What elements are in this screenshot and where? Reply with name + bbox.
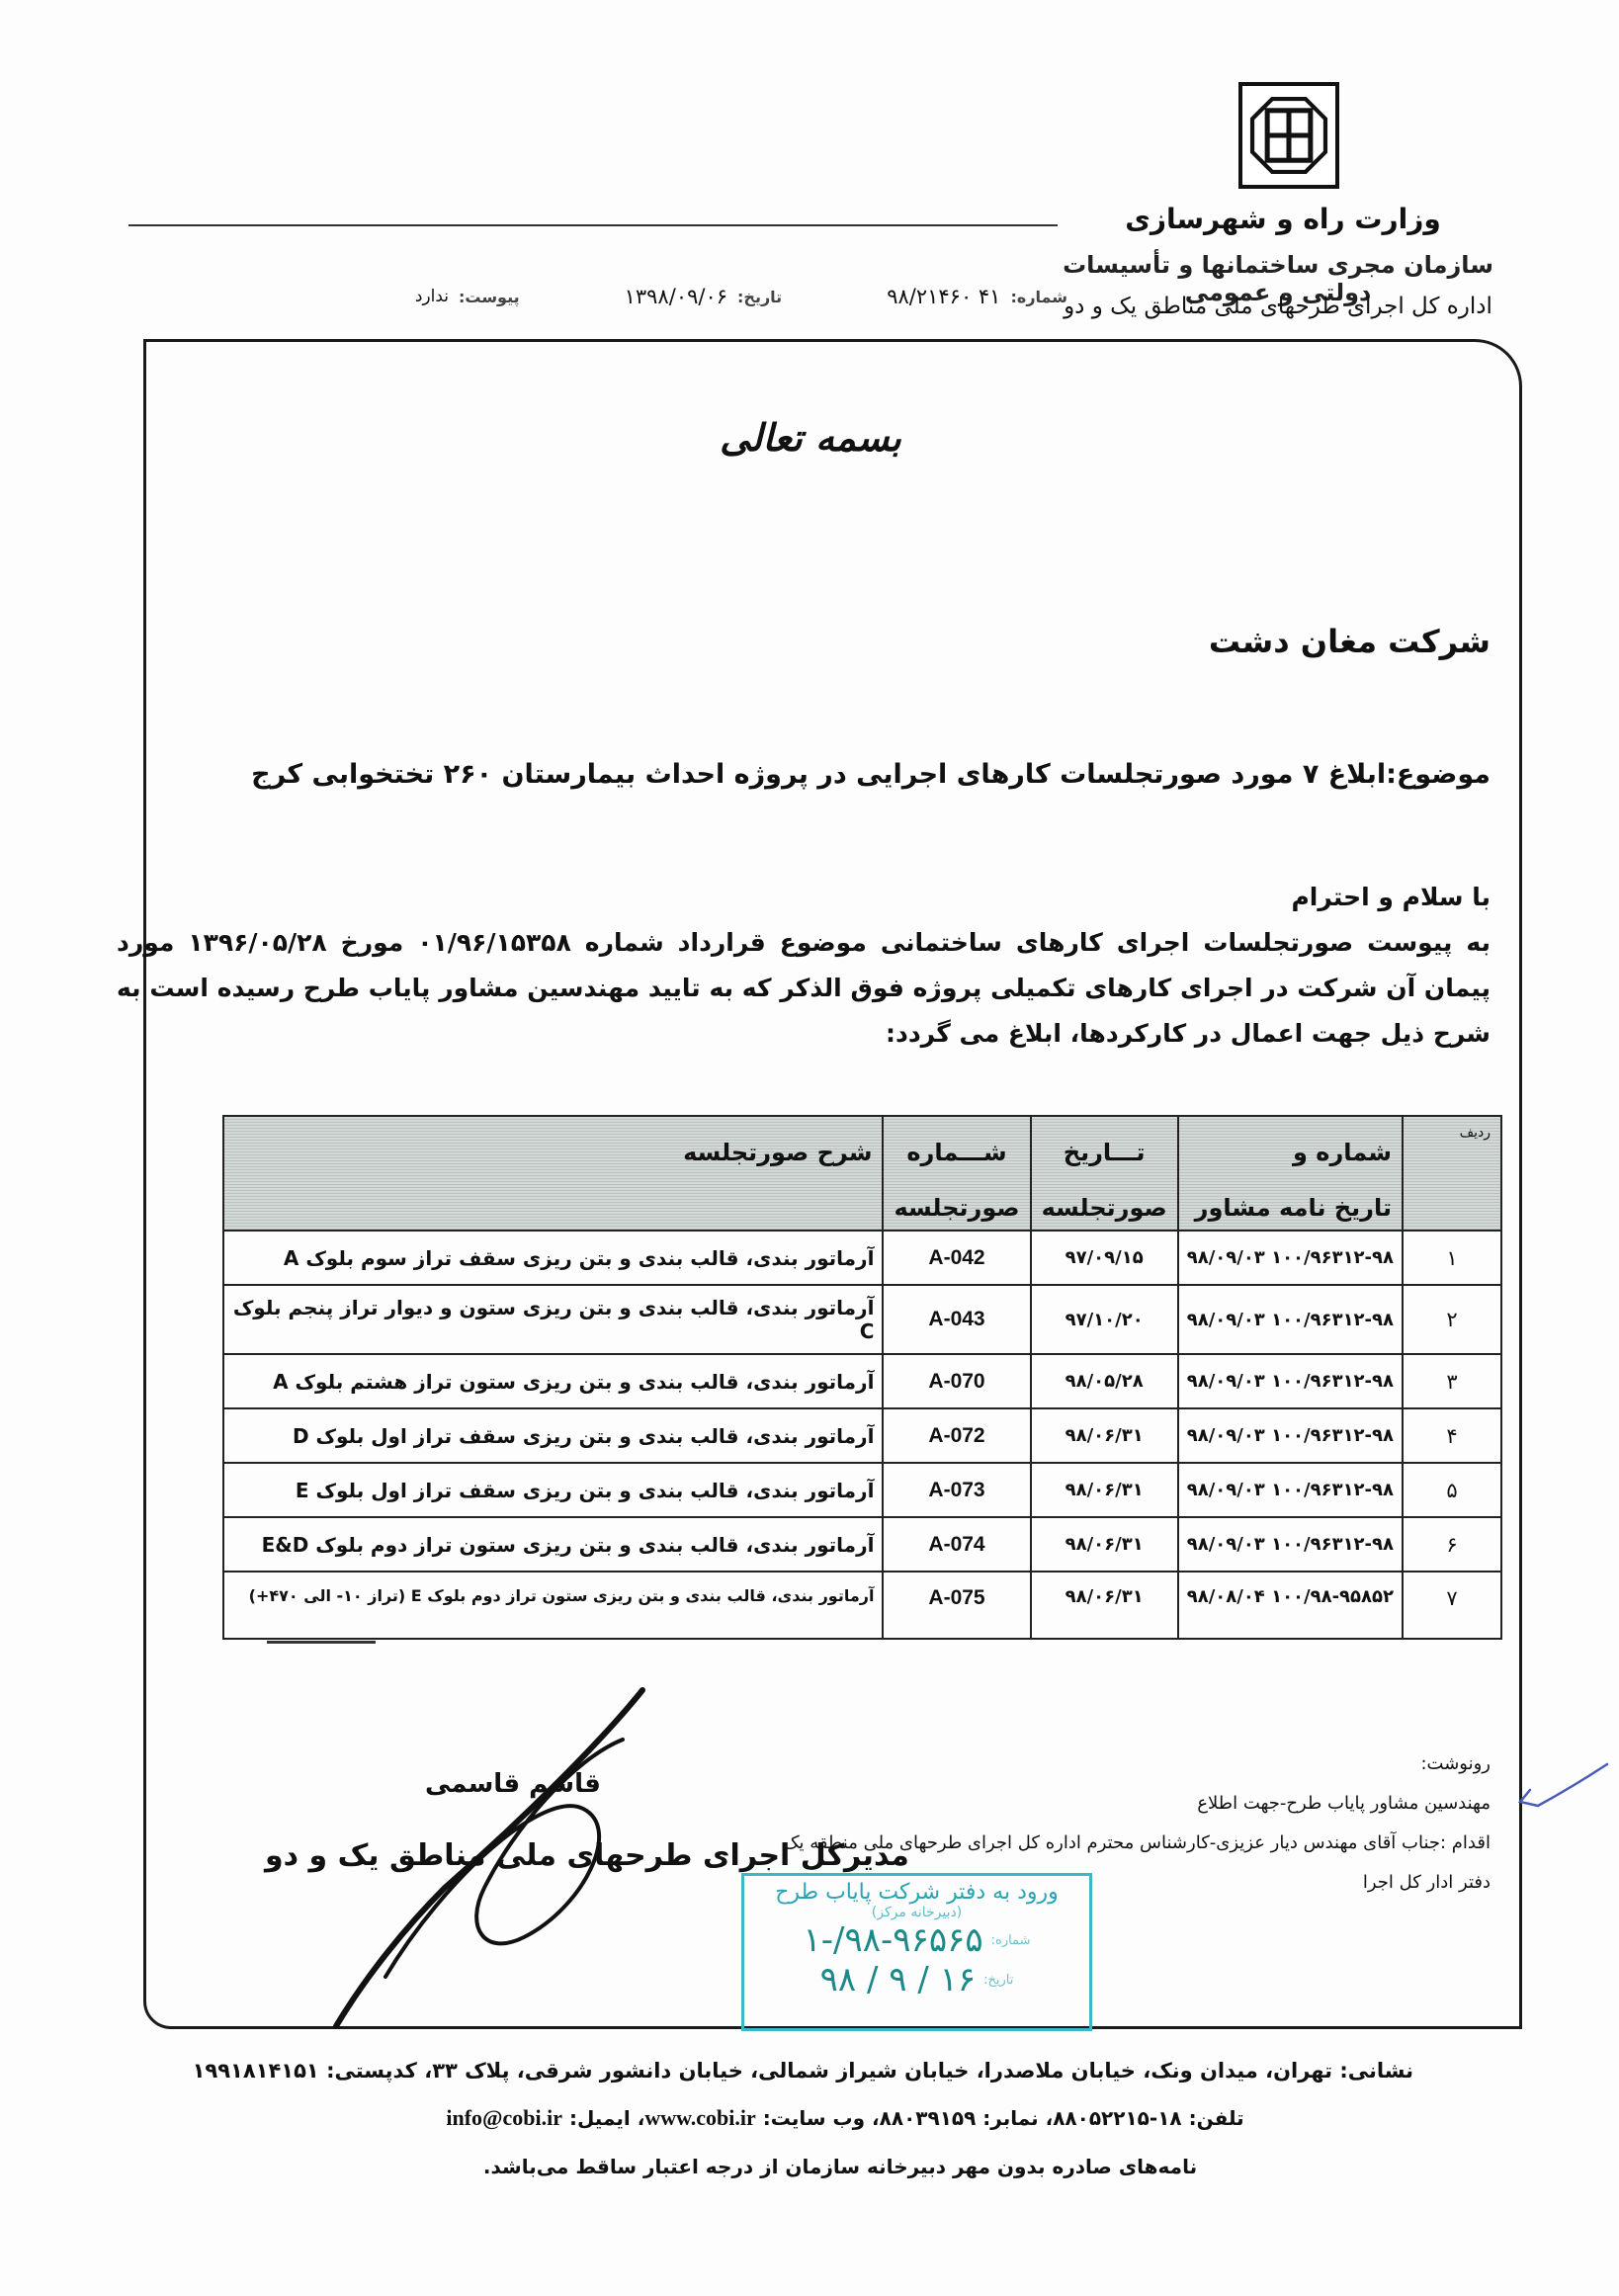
- decorative-rule: [267, 1641, 376, 1644]
- stamp-date-label: تاریخ:: [983, 1973, 1013, 1988]
- letter-number: شماره: ۴۱ ۹۸/۲۱۴۶۰: [887, 285, 1067, 308]
- cell-date: ۹۸/۰۶/۳۱: [1031, 1572, 1178, 1639]
- cell-letter: ۱۰۰/۹۶۳۱۲-۹۸ ۹۸/۰۹/۰۳: [1178, 1408, 1403, 1463]
- header-minutes-description: شرح صورتجلسه: [223, 1116, 883, 1231]
- footer-address: نشانی: تهران، میدان ونک، خیابان ملاصدرا،…: [316, 2059, 1413, 2083]
- ministry-name: وزارت راه و شهرسازی: [1046, 203, 1520, 235]
- cell-description: آرماتور بندی، قالب بندی و بتن ریزی سقف ت…: [223, 1463, 883, 1517]
- cell-row: ۱: [1403, 1231, 1501, 1285]
- header-minutes-number: شـــماره صورتجلسه: [883, 1116, 1030, 1231]
- cell-date: ۹۸/۰۶/۳۱: [1031, 1463, 1178, 1517]
- window-emblem-icon: [1247, 91, 1330, 180]
- table-row: ۱ ۱۰۰/۹۶۳۱۲-۹۸ ۹۸/۰۹/۰۳ ۹۷/۰۹/۱۵ A-042 آ…: [223, 1231, 1501, 1285]
- cell-description: آرماتور بندی، قالب بندی و بتن ریزی سقف ت…: [223, 1408, 883, 1463]
- header-minutes-date: تـــاریخ صورتجلسه: [1031, 1116, 1178, 1231]
- stamp-number-value: ۱-/۹۸-۹۶۵۶۵: [804, 1920, 983, 1960]
- cell-letter: ۱۰۰/۹۶۳۱۲-۹۸ ۹۸/۰۹/۰۳: [1178, 1231, 1403, 1285]
- cell-row: ۴: [1403, 1408, 1501, 1463]
- stamp-date-row: تاریخ: ۹۸ / ۹ / ۱۶: [744, 1960, 1089, 1999]
- cell-row: ۶: [1403, 1517, 1501, 1572]
- footer-validity-note: نامه‌های صادره بدون مهر دبیرخانه سازمان …: [445, 2155, 1236, 2178]
- footer-email-link[interactable]: info@cobi.ir: [446, 2105, 562, 2130]
- cell-date: ۹۸/۰۶/۳۱: [1031, 1408, 1178, 1463]
- header-consultant-letter: شماره و تاریخ نامه مشاور: [1178, 1116, 1403, 1231]
- cell-number: A-075: [883, 1572, 1030, 1639]
- bismillah-heading: بسمه تعالی: [692, 415, 929, 460]
- cell-row: ۵: [1403, 1463, 1501, 1517]
- stamp-title: ورود به دفتر شرکت پایاب طرح: [744, 1880, 1089, 1905]
- minutes-table: ردیف شماره و تاریخ نامه مشاور تـــاریخ ص…: [222, 1115, 1502, 1640]
- cc-line-action: اقدام :جناب آقای مهندس دیار عزیزی-کارشنا…: [799, 1824, 1491, 1863]
- letter-page: وزارت راه و شهرسازی سازمان مجری ساختمانه…: [0, 0, 1619, 2296]
- cc-line-consultant: مهندسین مشاور پایاب طرح-جهت اطلاع: [799, 1784, 1491, 1824]
- cell-number: A-073: [883, 1463, 1030, 1517]
- table-row: ۳ ۱۰۰/۹۶۳۱۲-۹۸ ۹۸/۰۹/۰۳ ۹۸/۰۵/۲۸ A-070 آ…: [223, 1354, 1501, 1408]
- letter-subject: موضوع:ابلاغ ۷ مورد صورتجلسات کارهای اجرا…: [251, 759, 1491, 790]
- date-label: تاریخ:: [737, 288, 782, 306]
- cell-number: A-072: [883, 1408, 1030, 1463]
- letter-attachment: پیوست: ندارد: [415, 287, 520, 306]
- cc-label: رونوشت:: [799, 1744, 1491, 1784]
- cell-description: آرماتور بندی، قالب بندی و بتن ریزی ستون …: [223, 1572, 883, 1639]
- greeting: با سلام و احترام: [117, 875, 1491, 920]
- number-value: ۴۱ ۹۸/۲۱۴۶۰: [887, 285, 1000, 308]
- cell-number: A-043: [883, 1285, 1030, 1354]
- attachment-value: ندارد: [415, 287, 449, 306]
- stamp-number-label: شماره:: [991, 1933, 1031, 1948]
- table-body: ۱ ۱۰۰/۹۶۳۱۲-۹۸ ۹۸/۰۹/۰۳ ۹۷/۰۹/۱۵ A-042 آ…: [223, 1231, 1501, 1639]
- receipt-stamp: ورود به دفتر شرکت پایاب طرح (دبیرخانه مر…: [741, 1873, 1092, 2031]
- cell-row: ۲: [1403, 1285, 1501, 1354]
- table-row: ۷ ۱۰۰/۹۸-۹۵۸۵۲ ۹۸/۰۸/۰۴ ۹۸/۰۶/۳۱ A-075 آ…: [223, 1572, 1501, 1639]
- letter-meta: شماره: ۴۱ ۹۸/۲۱۴۶۰ تاریخ: ۱۳۹۸/۰۹/۰۶ پیو…: [198, 280, 1067, 313]
- table-row: ۶ ۱۰۰/۹۶۳۱۲-۹۸ ۹۸/۰۹/۰۳ ۹۸/۰۶/۳۱ A-074 آ…: [223, 1517, 1501, 1572]
- signatory-name: قاسم قاسمی: [425, 1769, 601, 1799]
- cell-row: ۳: [1403, 1354, 1501, 1408]
- body-paragraph: به پیوست صورتجلسات اجرای کارهای ساختمانی…: [117, 928, 1491, 1048]
- cell-description: آرماتور بندی، قالب بندی و بتن ریزی ستون …: [223, 1285, 883, 1354]
- header-row-number: ردیف: [1403, 1116, 1501, 1231]
- cell-letter: ۱۰۰/۹۶۳۱۲-۹۸ ۹۸/۰۹/۰۳: [1178, 1463, 1403, 1517]
- cell-letter: ۱۰۰/۹۶۳۱۲-۹۸ ۹۸/۰۹/۰۳: [1178, 1285, 1403, 1354]
- cell-number: A-070: [883, 1354, 1030, 1408]
- cell-description: آرماتور بندی، قالب بندی و بتن ریزی ستون …: [223, 1354, 883, 1408]
- header-divider: [128, 224, 1058, 226]
- date-value: ۱۳۹۸/۰۹/۰۶: [625, 285, 727, 308]
- attachment-label: پیوست:: [459, 288, 520, 306]
- cell-description: آرماتور بندی، قالب بندی و بتن ریزی سقف ت…: [223, 1231, 883, 1285]
- ministry-logo: [1238, 82, 1339, 189]
- cell-date: ۹۸/۰۵/۲۸: [1031, 1354, 1178, 1408]
- cell-date: ۹۷/۰۹/۱۵: [1031, 1231, 1178, 1285]
- cell-letter: ۱۰۰/۹۶۳۱۲-۹۸ ۹۸/۰۹/۰۳: [1178, 1517, 1403, 1572]
- cell-row: ۷: [1403, 1572, 1501, 1639]
- letter-body: با سلام و احترام به پیوست صورتجلسات اجرا…: [117, 875, 1491, 1057]
- cell-description: آرماتور بندی، قالب بندی و بتن ریزی ستون …: [223, 1517, 883, 1572]
- cell-letter: ۱۰۰/۹۶۳۱۲-۹۸ ۹۸/۰۹/۰۳: [1178, 1354, 1403, 1408]
- cell-letter: ۱۰۰/۹۸-۹۵۸۵۲ ۹۸/۰۸/۰۴: [1178, 1572, 1403, 1639]
- stamp-subtitle: (دبیرخانه مرکز): [744, 1905, 1089, 1920]
- cell-date: ۹۷/۱۰/۲۰: [1031, 1285, 1178, 1354]
- table-header-row: ردیف شماره و تاریخ نامه مشاور تـــاریخ ص…: [223, 1116, 1501, 1231]
- cell-number: A-042: [883, 1231, 1030, 1285]
- footer-phone-fax: تلفن: ۱۸-۸۸۰۵۲۲۱۵، نمابر: ۸۸۰۳۹۱۵۹، وب س…: [763, 2106, 1244, 2130]
- table-row: ۴ ۱۰۰/۹۶۳۱۲-۹۸ ۹۸/۰۹/۰۳ ۹۸/۰۶/۳۱ A-072 آ…: [223, 1408, 1501, 1463]
- footer-contact: تلفن: ۱۸-۸۸۰۵۲۲۱۵، نمابر: ۸۸۰۳۹۱۵۹، وب س…: [297, 2105, 1394, 2131]
- cell-number: A-074: [883, 1517, 1030, 1572]
- table-row: ۵ ۱۰۰/۹۶۳۱۲-۹۸ ۹۸/۰۹/۰۳ ۹۸/۰۶/۳۱ A-073 آ…: [223, 1463, 1501, 1517]
- table-row: ۲ ۱۰۰/۹۶۳۱۲-۹۸ ۹۸/۰۹/۰۳ ۹۷/۱۰/۲۰ A-043 آ…: [223, 1285, 1501, 1354]
- cell-date: ۹۸/۰۶/۳۱: [1031, 1517, 1178, 1572]
- footer-website-link[interactable]: www.cobi.ir: [644, 2105, 755, 2130]
- stamp-date-value: ۹۸ / ۹ / ۱۶: [820, 1960, 976, 1999]
- letter-date: تاریخ: ۱۳۹۸/۰۹/۰۶: [625, 285, 783, 308]
- footer-email-label: ، ایمیل:: [569, 2106, 644, 2130]
- number-label: شماره:: [1010, 288, 1067, 306]
- recipient-name: شرکت مغان دشت: [1209, 623, 1491, 660]
- stamp-number-row: شماره: ۱-/۹۸-۹۶۵۶۵: [744, 1920, 1089, 1960]
- department-name: اداره کل اجرای طرحهای ملی مناطق یک و دو: [1046, 294, 1510, 319]
